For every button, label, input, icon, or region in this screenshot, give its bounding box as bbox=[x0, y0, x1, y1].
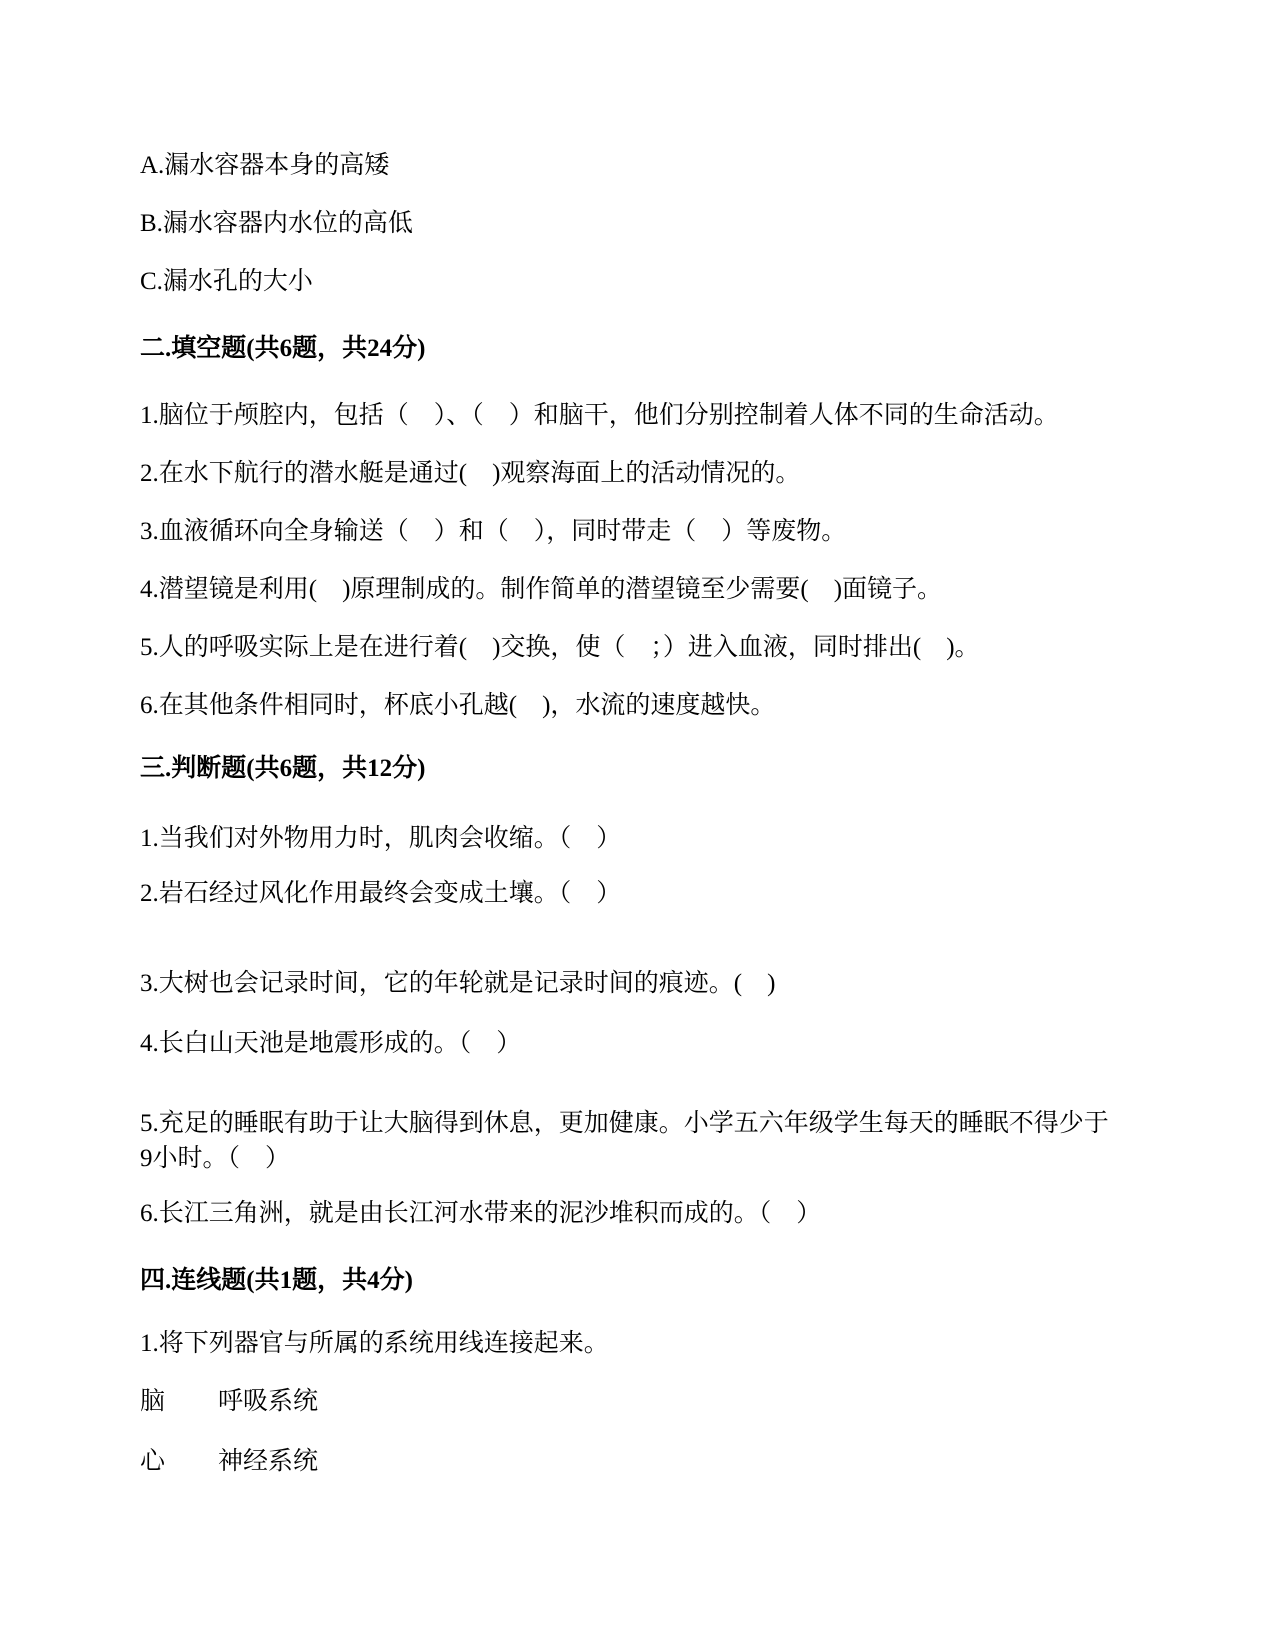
fill-section-title: 二.填空题(共6题，共24分) bbox=[140, 331, 1145, 366]
fill-item-6: 6.在其他条件相同时，杯底小孔越( )，水流的速度越快。 bbox=[140, 688, 1145, 723]
judge-item-5-line-1: 5.充足的睡眠有助于让大脑得到休息，更加健康。小学五六年级学生每天的睡眠不得少于 bbox=[140, 1106, 1145, 1141]
judge-item-6: 6.长江三角洲，就是由长江河水带来的泥沙堆积而成的。（ ） bbox=[140, 1196, 1145, 1231]
judge-item-2: 2.岩石经过风化作用最终会变成土壤。（ ） bbox=[140, 876, 1145, 911]
choice-option-c: C.漏水孔的大小 bbox=[140, 264, 1145, 299]
judge-item-1: 1.当我们对外物用力时，肌肉会收缩。（ ） bbox=[140, 821, 1145, 856]
match-section-title: 四.连线题(共1题，共4分) bbox=[140, 1263, 1145, 1298]
match-prompt: 1.将下列器官与所属的系统用线连接起来。 bbox=[140, 1326, 1145, 1361]
exam-page: A.漏水容器本身的高矮 B.漏水容器内水位的高低 C.漏水孔的大小 二.填空题(… bbox=[0, 0, 1275, 1650]
match-pair-row-2: 心神经系统 bbox=[140, 1444, 1145, 1479]
judge-section-title: 三.判断题(共6题，共12分) bbox=[140, 751, 1145, 786]
match-left-label-2: 心 bbox=[140, 1444, 218, 1479]
judge-item-4: 4.长白山天池是地震形成的。（ ） bbox=[140, 1026, 1145, 1061]
match-right-label-1: 呼吸系统 bbox=[218, 1388, 318, 1415]
fill-item-2: 2.在水下航行的潜水艇是通过( )观察海面上的活动情况的。 bbox=[140, 456, 1145, 491]
choice-option-b: B.漏水容器内水位的高低 bbox=[140, 206, 1145, 241]
fill-item-4: 4.潜望镜是利用( )原理制成的。制作简单的潜望镜至少需要( )面镜子。 bbox=[140, 572, 1145, 607]
fill-item-3: 3.血液循环向全身输送（ ）和（ ），同时带走（ ）等废物。 bbox=[140, 514, 1145, 549]
choice-option-a: A.漏水容器本身的高矮 bbox=[140, 148, 1145, 183]
match-left-label-1: 脑 bbox=[140, 1384, 218, 1419]
judge-item-5-line-2: 9小时。（ ） bbox=[140, 1141, 1145, 1176]
fill-item-1: 1.脑位于颅腔内，包括（ ）、（ ）和脑干，他们分别控制着人体不同的生命活动。 bbox=[140, 398, 1145, 433]
match-right-label-2: 神经系统 bbox=[218, 1448, 318, 1475]
judge-item-5: 5.充足的睡眠有助于让大脑得到休息，更加健康。小学五六年级学生每天的睡眠不得少于… bbox=[140, 1106, 1145, 1176]
fill-item-5: 5.人的呼吸实际上是在进行着( )交换，使（ ；）进入血液，同时排出( )。 bbox=[140, 630, 1145, 665]
judge-item-3: 3.大树也会记录时间，它的年轮就是记录时间的痕迹。( ) bbox=[140, 966, 1145, 1001]
match-pair-row-1: 脑呼吸系统 bbox=[140, 1384, 1145, 1419]
